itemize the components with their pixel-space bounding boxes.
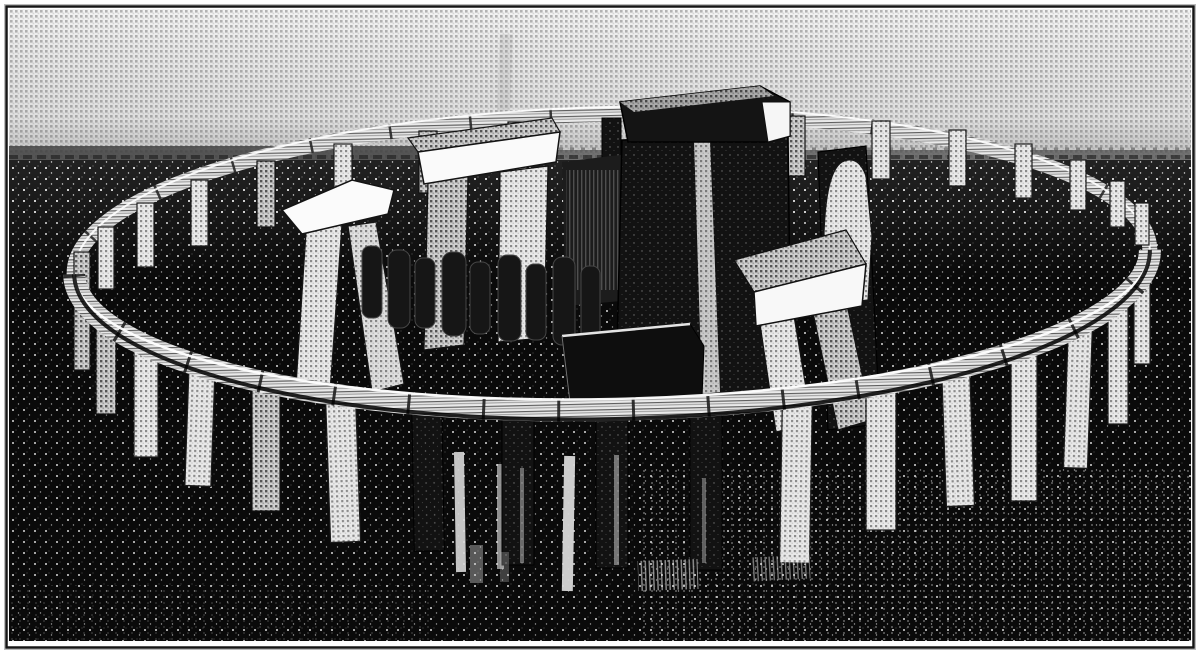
sarsen-stone	[412, 403, 445, 552]
sarsen-stone	[325, 394, 360, 543]
sarsen-stone	[872, 121, 890, 179]
sarsen-stone	[137, 203, 154, 267]
engraving-page	[0, 0, 1200, 654]
sarsen-stone	[98, 227, 114, 289]
bluestone	[553, 257, 575, 345]
sarsen-stone	[134, 345, 158, 457]
bluestone	[454, 452, 466, 572]
sarsen-stone	[191, 180, 208, 246]
sarsen-stone	[780, 395, 813, 563]
sarsen-stone	[257, 161, 275, 227]
sarsen-stone	[866, 382, 896, 530]
sarsen-stone	[1135, 203, 1149, 245]
sarsen-stone	[949, 130, 966, 186]
engraving-figure	[0, 0, 1200, 654]
bluestone	[562, 456, 575, 591]
sarsen-stone	[1015, 144, 1032, 198]
bluestone	[470, 262, 490, 334]
sky	[9, 9, 1191, 161]
bluestone	[442, 252, 466, 336]
bluestone	[388, 250, 410, 328]
sarsen-stone	[942, 366, 975, 507]
sarsen-stone	[502, 410, 534, 565]
sarsen-stone	[1070, 160, 1086, 210]
bluestone	[526, 264, 546, 340]
sarsen-stone	[1110, 181, 1125, 227]
bluestone	[362, 246, 382, 318]
altar-stone	[562, 324, 704, 402]
bluestone	[415, 258, 435, 328]
sarsen-stone	[596, 408, 628, 568]
sarsen-stone	[252, 379, 280, 511]
sarsen-stone	[185, 364, 215, 487]
sarsen-stone	[1063, 323, 1092, 469]
sarsen-stone	[1011, 346, 1037, 501]
bluestone	[498, 255, 521, 341]
